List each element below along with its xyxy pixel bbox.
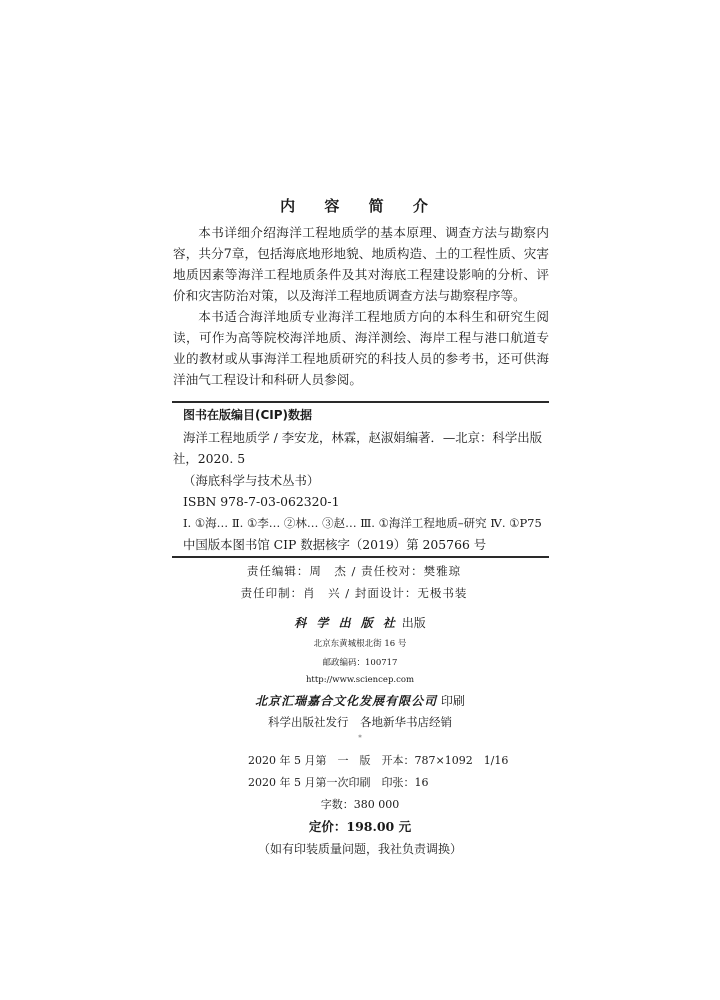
cip-heading: 图书在版编目(CIP)数据 bbox=[173, 405, 549, 427]
publisher-address: 北京东黄城根北街 16 号 bbox=[0, 637, 720, 649]
credits-printing: 责任印制：肖 兴 / 封面设计：无极书装 bbox=[0, 585, 714, 601]
summary-title: 内 容 简 介 bbox=[0, 195, 720, 216]
word-count: 字数：380 000 bbox=[0, 796, 720, 812]
summary-paragraph-1: 本书详细介绍海洋工程地质学的基本原理、调查方法与勘察内容，共分7章，包括海底地形… bbox=[173, 222, 549, 306]
printer-name: 北京汇瑞嘉合文化发展有限公司 bbox=[255, 694, 437, 708]
publisher-suffix: 出版 bbox=[402, 616, 426, 630]
cip-block: 图书在版编目(CIP)数据 海洋工程地质学 / 李安龙，林霖，赵淑娟编著．—北京… bbox=[173, 405, 549, 556]
publisher-line: 科 学 出 版 社 出版 bbox=[0, 614, 720, 631]
publisher-name: 科 学 出 版 社 bbox=[294, 616, 398, 630]
separator-star: * bbox=[0, 734, 720, 742]
printing-line: 2020 年 5 月第一次印刷 印张：16 bbox=[248, 774, 428, 790]
cip-top-rule bbox=[172, 401, 549, 403]
cip-line-record-number: 中国版本图书馆 CIP 数据核字（2019）第 205766 号 bbox=[173, 534, 549, 556]
cip-line-classification: Ⅰ. ①海… Ⅱ. ①李… ②林… ③赵… Ⅲ. ①海洋工程地质–研究 Ⅳ. ①… bbox=[173, 513, 549, 535]
publisher-url: http://www.sciencep.com bbox=[0, 675, 720, 685]
publisher-postcode: 邮政编码：100717 bbox=[0, 656, 720, 668]
credits-editor: 责任编辑：周 杰 / 责任校对：樊雅琼 bbox=[0, 563, 714, 579]
cip-line-title: 海洋工程地质学 / 李安龙，林霖，赵淑娟编著．—北京：科学出版 bbox=[173, 427, 549, 449]
distribution-line: 科学出版社发行 各地新华书店经销 bbox=[0, 714, 720, 730]
cip-bottom-rule bbox=[172, 556, 549, 558]
edition-line: 2020 年 5 月第 一 版 开本：787×1092 1/16 bbox=[248, 752, 508, 768]
cip-line-isbn: ISBN 978-7-03-062320-1 bbox=[173, 491, 549, 513]
cip-line-series: （海底科学与技术丛书） bbox=[173, 470, 549, 492]
cip-line-publisher: 社，2020. 5 bbox=[173, 448, 549, 470]
quality-note: （如有印装质量问题，我社负责调换） bbox=[0, 840, 720, 857]
price: 定价：198.00 元 bbox=[0, 817, 720, 835]
summary-paragraph-2: 本书适合海洋地质专业海洋工程地质方向的本科生和研究生阅读，可作为高等院校海洋地质… bbox=[173, 306, 549, 390]
printer-suffix: 印刷 bbox=[441, 694, 465, 708]
printer-line: 北京汇瑞嘉合文化发展有限公司 印刷 bbox=[0, 692, 720, 709]
